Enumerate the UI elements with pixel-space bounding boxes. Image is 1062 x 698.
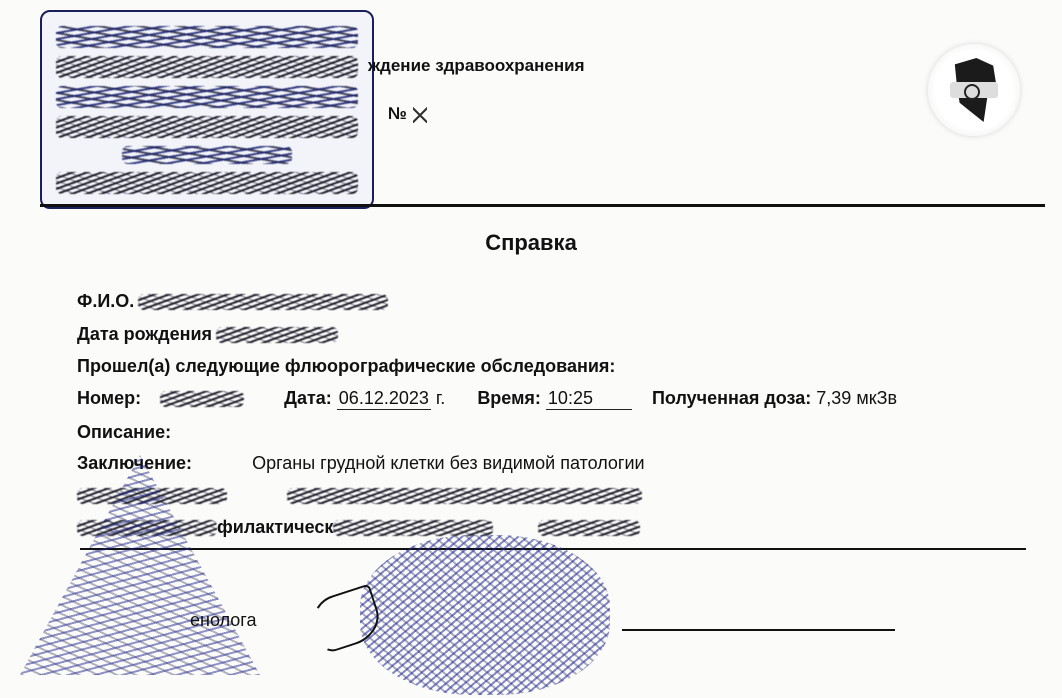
exam-row: Номер: Дата: 06.12.2023 г. Время: 10:25 … — [77, 388, 897, 410]
conclusion-row: Заключение: Органы грудной клетки без ви… — [77, 453, 645, 474]
round-stamp-redacted — [360, 535, 610, 695]
exam-time-value: 10:25 — [546, 388, 632, 410]
conclusion-value: Органы грудной клетки без видимой патоло… — [252, 453, 645, 473]
regional-emblem-icon — [928, 44, 1020, 136]
fio-row: Ф.И.О. — [77, 291, 388, 312]
institution-number: № — [388, 104, 427, 124]
exam-time-label: Время: — [477, 388, 541, 408]
radiologist-name-redacted — [287, 488, 642, 504]
radiologist-signature-label: енолога — [190, 610, 256, 631]
signature-line-upper — [620, 548, 1026, 550]
institution-header-redacted — [40, 10, 374, 209]
dob-row: Дата рождения — [77, 324, 338, 345]
prophylactic-label: филактическ — [217, 517, 333, 537]
institution-name: ждение здравоохранения — [368, 56, 585, 76]
exam-date-label: Дата: — [284, 388, 332, 408]
exam-date-value: 06.12.2023 — [337, 388, 431, 410]
redacted-number-icon — [413, 107, 427, 123]
header-divider — [40, 204, 1045, 207]
dob-label: Дата рождения — [77, 324, 212, 344]
exam-date-suffix: г. — [436, 388, 445, 408]
fio-value-redacted — [138, 294, 388, 310]
exam-number-label: Номер: — [77, 388, 141, 408]
fio-label: Ф.И.О. — [77, 291, 134, 311]
signature-line-lower — [622, 629, 895, 631]
prophylactic-suffix-redacted — [333, 520, 493, 536]
document-title: Справка — [0, 230, 1062, 256]
exam-number-redacted — [160, 391, 244, 407]
passed-exams-heading: Прошел(а) следующие флюорографические об… — [77, 356, 615, 377]
signature-label-text: енолога — [190, 610, 256, 630]
prophylactic-value-redacted — [538, 520, 640, 536]
medical-symbol — [950, 82, 998, 98]
number-sign: № — [388, 104, 407, 123]
dose-value: 7,39 мкЗв — [816, 388, 897, 408]
dose-label: Полученная доза: — [652, 388, 811, 408]
dob-value-redacted — [216, 327, 338, 343]
description-label: Описание: — [77, 422, 171, 443]
